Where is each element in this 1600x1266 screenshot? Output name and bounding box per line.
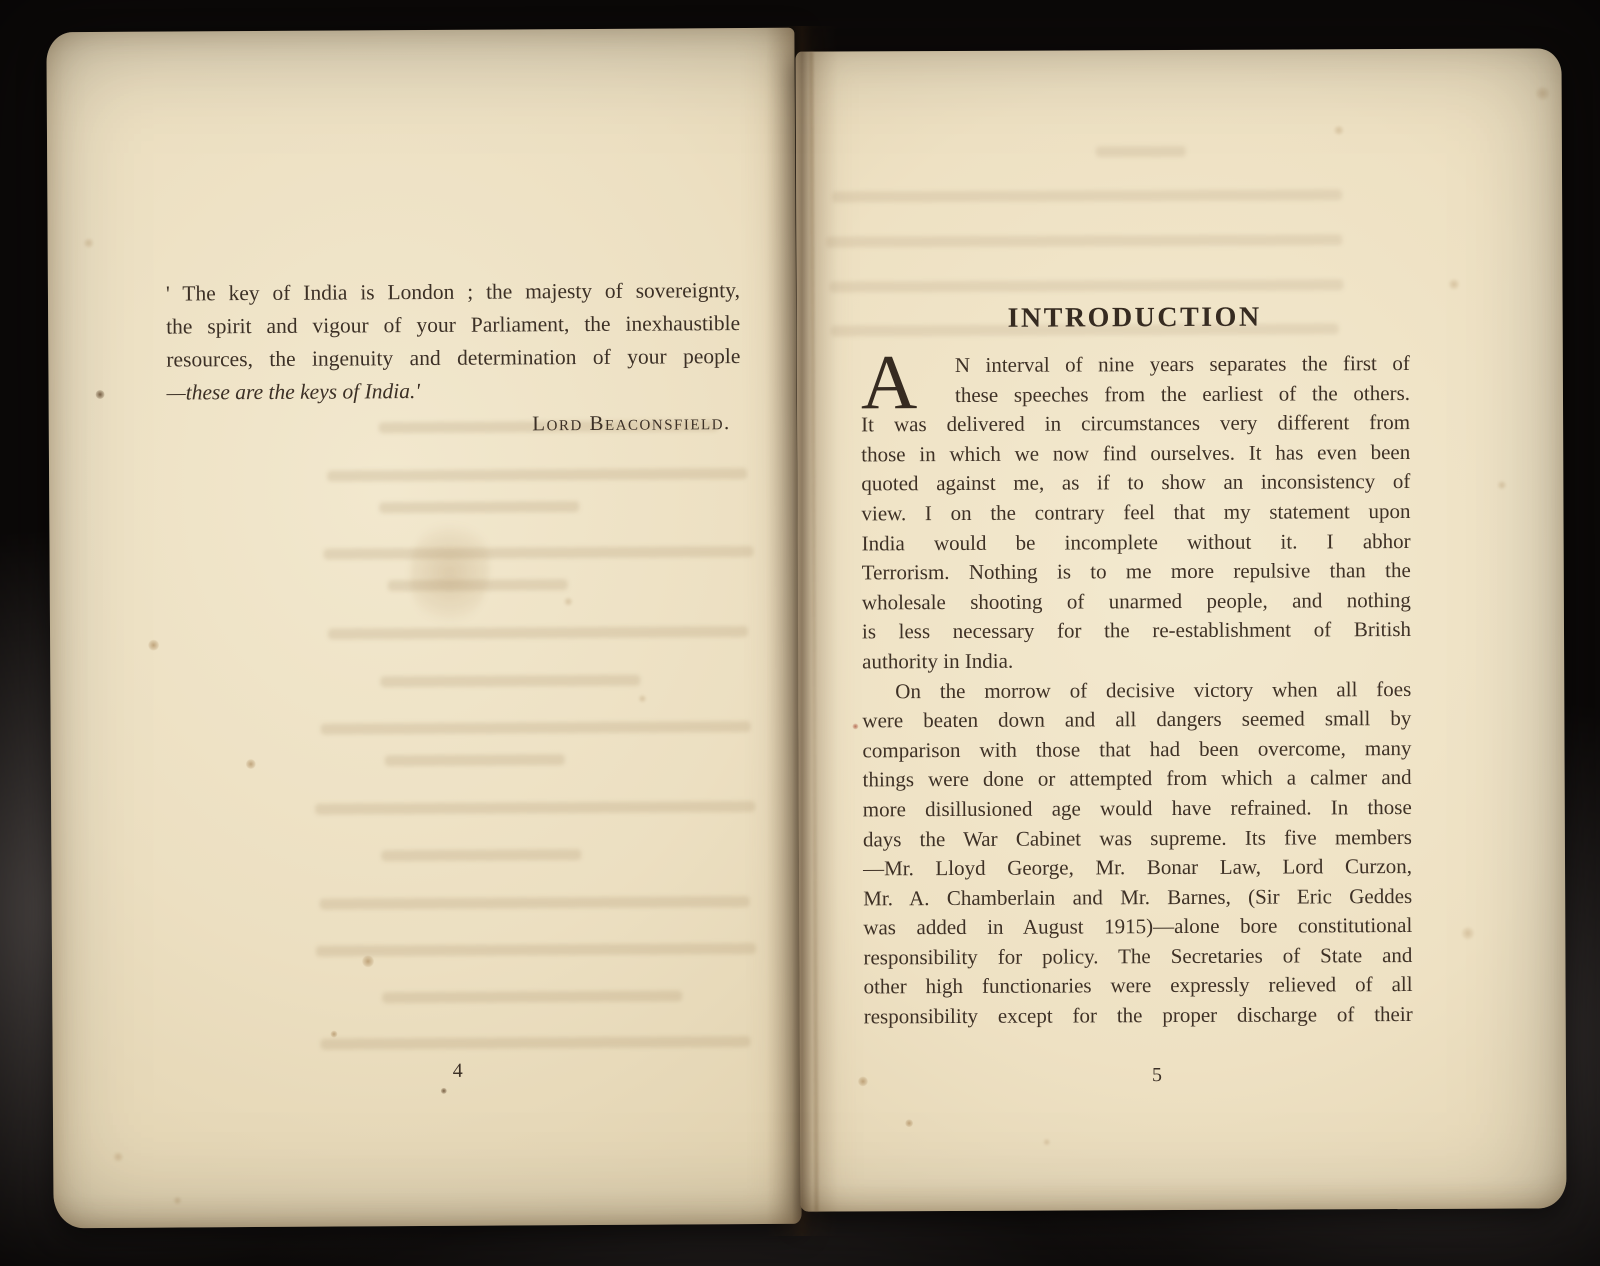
- body-line: It was delivered in circumstances very d…: [861, 408, 1410, 440]
- body-line: responsibility for policy. The Secretari…: [863, 941, 1412, 973]
- page-number-right: 5: [1152, 1064, 1162, 1087]
- ghost-text-line: [385, 754, 565, 766]
- body-line: were beaten down and all dangers seemed …: [862, 704, 1411, 736]
- ghost-text-line: [327, 468, 747, 482]
- body-line: Mr. A. Chamberlain and Mr. Barnes, (Sir …: [863, 882, 1412, 914]
- paper-stain: [246, 759, 256, 769]
- ghost-text-line: [321, 1036, 751, 1050]
- ghost-text-line: [382, 990, 682, 1003]
- quote-line: ' The key of India is London ; the majes…: [166, 274, 740, 311]
- body-line: view. I on the contrary feel that my sta…: [861, 497, 1410, 529]
- body-line: wholesale shooting of unarmed people, an…: [862, 586, 1411, 618]
- paper-stain: [905, 1119, 913, 1127]
- page-number-left: 4: [453, 1060, 463, 1083]
- body-line: comparison with those that had been over…: [862, 734, 1411, 766]
- ghost-text-line: [320, 896, 750, 910]
- ghost-text-line: [380, 675, 640, 688]
- ghost-text-line: [321, 721, 751, 735]
- paper-stain: [173, 1196, 181, 1204]
- ghost-text-line: [381, 849, 581, 861]
- paper-stain: [113, 1152, 123, 1162]
- ghost-text-line: [315, 801, 755, 815]
- page-crease: [809, 52, 818, 1212]
- ghost-text-line: [316, 943, 756, 957]
- ghost-text-line: [826, 234, 1342, 247]
- epigraph-quote: ' The key of India is London ; the majes…: [166, 274, 741, 410]
- quote-line: —these are the keys of India.': [166, 373, 740, 410]
- paper-stain: [638, 695, 646, 703]
- paper-stain: [362, 955, 374, 967]
- body-line: more disillusioned age would have refrai…: [863, 793, 1412, 825]
- quote-attribution: Lord Beaconsfield.: [167, 410, 741, 439]
- ghost-text-line: [328, 626, 748, 640]
- paper-stain: [1497, 481, 1506, 490]
- paper-stain: [564, 597, 573, 606]
- body-line: On the morrow of decisive victory when a…: [862, 675, 1411, 707]
- paper-stain: [852, 723, 858, 729]
- quote-line: resources, the ingenuity and determinati…: [166, 340, 740, 377]
- body-line: is less necessary for the re-establishme…: [862, 615, 1411, 647]
- paper-stain: [409, 518, 490, 628]
- ghost-text-line: [324, 546, 754, 560]
- body-line: those in which we now find ourselves. It…: [861, 438, 1410, 470]
- ghost-text-line: [1096, 146, 1186, 157]
- body-line: quoted against me, as if to show an inco…: [861, 467, 1410, 499]
- left-page: ' The key of India is London ; the majes…: [46, 28, 801, 1229]
- paper-stain: [441, 1088, 447, 1094]
- ghost-text-line: [388, 579, 568, 591]
- chapter-heading: INTRODUCTION: [859, 301, 1411, 335]
- right-page: INTRODUCTION A N interval of nine years …: [795, 48, 1566, 1211]
- ghost-text-line: [379, 501, 579, 513]
- body-line: authority in India.: [862, 645, 1411, 677]
- paper-stain: [1043, 1139, 1050, 1146]
- body-line: —Mr. Lloyd George, Mr. Bonar Law, Lord C…: [863, 852, 1412, 884]
- body-line: India would be incomplete without it. I …: [862, 527, 1411, 559]
- paper-stain: [1536, 86, 1550, 100]
- body-line: was added in August 1915)—alone bore con…: [863, 911, 1412, 943]
- body-line: other high functionaries were expressly …: [863, 970, 1412, 1002]
- quote-line: the spirit and vigour of your Parliament…: [166, 307, 740, 344]
- paper-stain: [1448, 279, 1459, 290]
- book-photo: ' The key of India is London ; the majes…: [0, 0, 1600, 1266]
- body-line: days the War Cabinet was supreme. Its fi…: [863, 822, 1412, 854]
- ghost-text-line: [832, 189, 1342, 202]
- paper-stain: [330, 1031, 337, 1038]
- paper-stain: [1461, 927, 1474, 940]
- paper-stain: [84, 238, 94, 248]
- drop-cap: A: [861, 353, 955, 410]
- body-line: responsibility except for the proper dis…: [864, 1000, 1413, 1032]
- paper-stain: [96, 390, 105, 399]
- introduction-body: A N interval of nine years separates the…: [861, 349, 1413, 1032]
- body-line: Terrorism. Nothing is to me more repulsi…: [862, 556, 1411, 588]
- body-line: things were done or attempted from which…: [863, 763, 1412, 795]
- paper-stain: [148, 640, 159, 651]
- ghost-text-line: [829, 279, 1343, 292]
- paper-stain: [858, 1076, 868, 1086]
- paper-stain: [1334, 125, 1344, 135]
